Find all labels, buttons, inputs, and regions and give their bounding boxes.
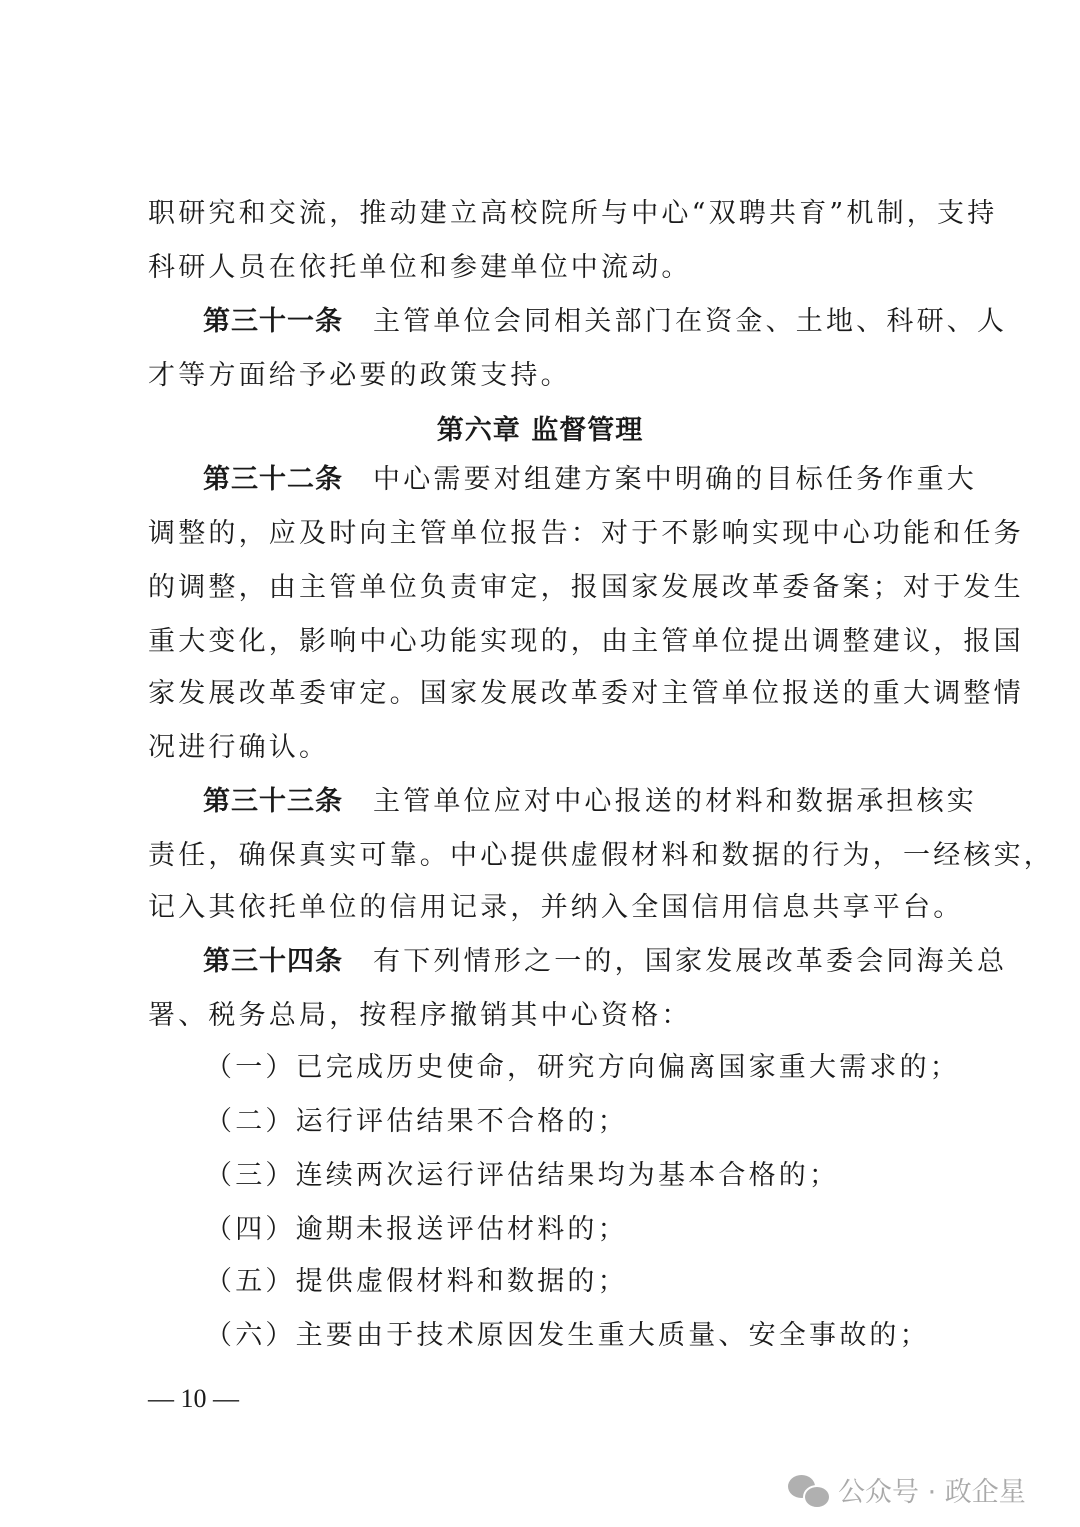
article-text: 主管单位会同相关部门在资金、土地、科研、人 — [373, 306, 1007, 337]
article-text: 主管单位应对中心报送的材料和数据承担核实 — [373, 786, 977, 817]
list-item: （六）主要由于技术原因发生重大质量、安全事故的； — [205, 1318, 930, 1354]
paragraph-line: 调整的，应及时向主管单位报告：对于不影响实现中心功能和任务 — [148, 516, 1024, 552]
list-item: （二）运行评估结果不合格的； — [205, 1104, 628, 1140]
paragraph-line: 重大变化，影响中心功能实现的，由主管单位提出调整建议，报国 — [148, 624, 1024, 660]
page-number: — 10 — — [148, 1384, 239, 1414]
article-31: 第三十一条主管单位会同相关部门在资金、土地、科研、人 — [203, 304, 1007, 340]
article-32: 第三十二条中心需要对组建方案中明确的目标任务作重大 — [203, 462, 977, 498]
list-item: （三）连续两次运行评估结果均为基本合格的； — [205, 1158, 839, 1194]
article-34: 第三十四条有下列情形之一的，国家发展改革委会同海关总 — [203, 944, 1007, 980]
paragraph-line: 才等方面给予必要的政策支持。 — [148, 358, 571, 394]
article-heading: 第三十一条 — [203, 306, 343, 337]
watermark: 公众号 · 政企星 — [788, 1470, 1026, 1509]
article-heading: 第三十三条 — [203, 786, 343, 817]
paragraph-line: 科研人员在依托单位和参建单位中流动。 — [148, 250, 692, 286]
article-heading: 第三十四条 — [203, 946, 343, 977]
list-item: （四）逾期未报送评估材料的； — [205, 1212, 628, 1248]
article-33: 第三十三条主管单位应对中心报送的材料和数据承担核实 — [203, 784, 977, 820]
paragraph-line: 的调整，由主管单位负责审定，报国家发展改革委备案；对于发生 — [148, 570, 1024, 606]
paragraph-line: 署、税务总局，按程序撤销其中心资格： — [148, 998, 692, 1034]
paragraph-line: 职研究和交流，推动建立高校院所与中心“双聘共育”机制，支持 — [148, 196, 997, 232]
article-heading: 第三十二条 — [203, 464, 343, 495]
list-item: （五）提供虚假材料和数据的； — [205, 1264, 628, 1300]
article-text: 有下列情形之一的，国家发展改革委会同海关总 — [373, 946, 1007, 977]
wechat-icon — [788, 1473, 830, 1507]
paragraph-line: 责任，确保真实可靠。中心提供虚假材料和数据的行为，一经核实， — [148, 838, 1054, 874]
watermark-text: 公众号 · 政企星 — [838, 1470, 1026, 1509]
article-text: 中心需要对组建方案中明确的目标任务作重大 — [373, 464, 977, 495]
list-item: （一）已完成历史使命，研究方向偏离国家重大需求的； — [205, 1050, 960, 1086]
paragraph-line: 记入其依托单位的信用记录，并纳入全国信用信息共享平台。 — [148, 890, 963, 926]
chapter-title: 第六章 监督管理 — [0, 408, 1080, 447]
paragraph-line: 况进行确认。 — [148, 730, 329, 766]
paragraph-line: 家发展改革委审定。国家发展改革委对主管单位报送的重大调整情 — [148, 676, 1024, 712]
